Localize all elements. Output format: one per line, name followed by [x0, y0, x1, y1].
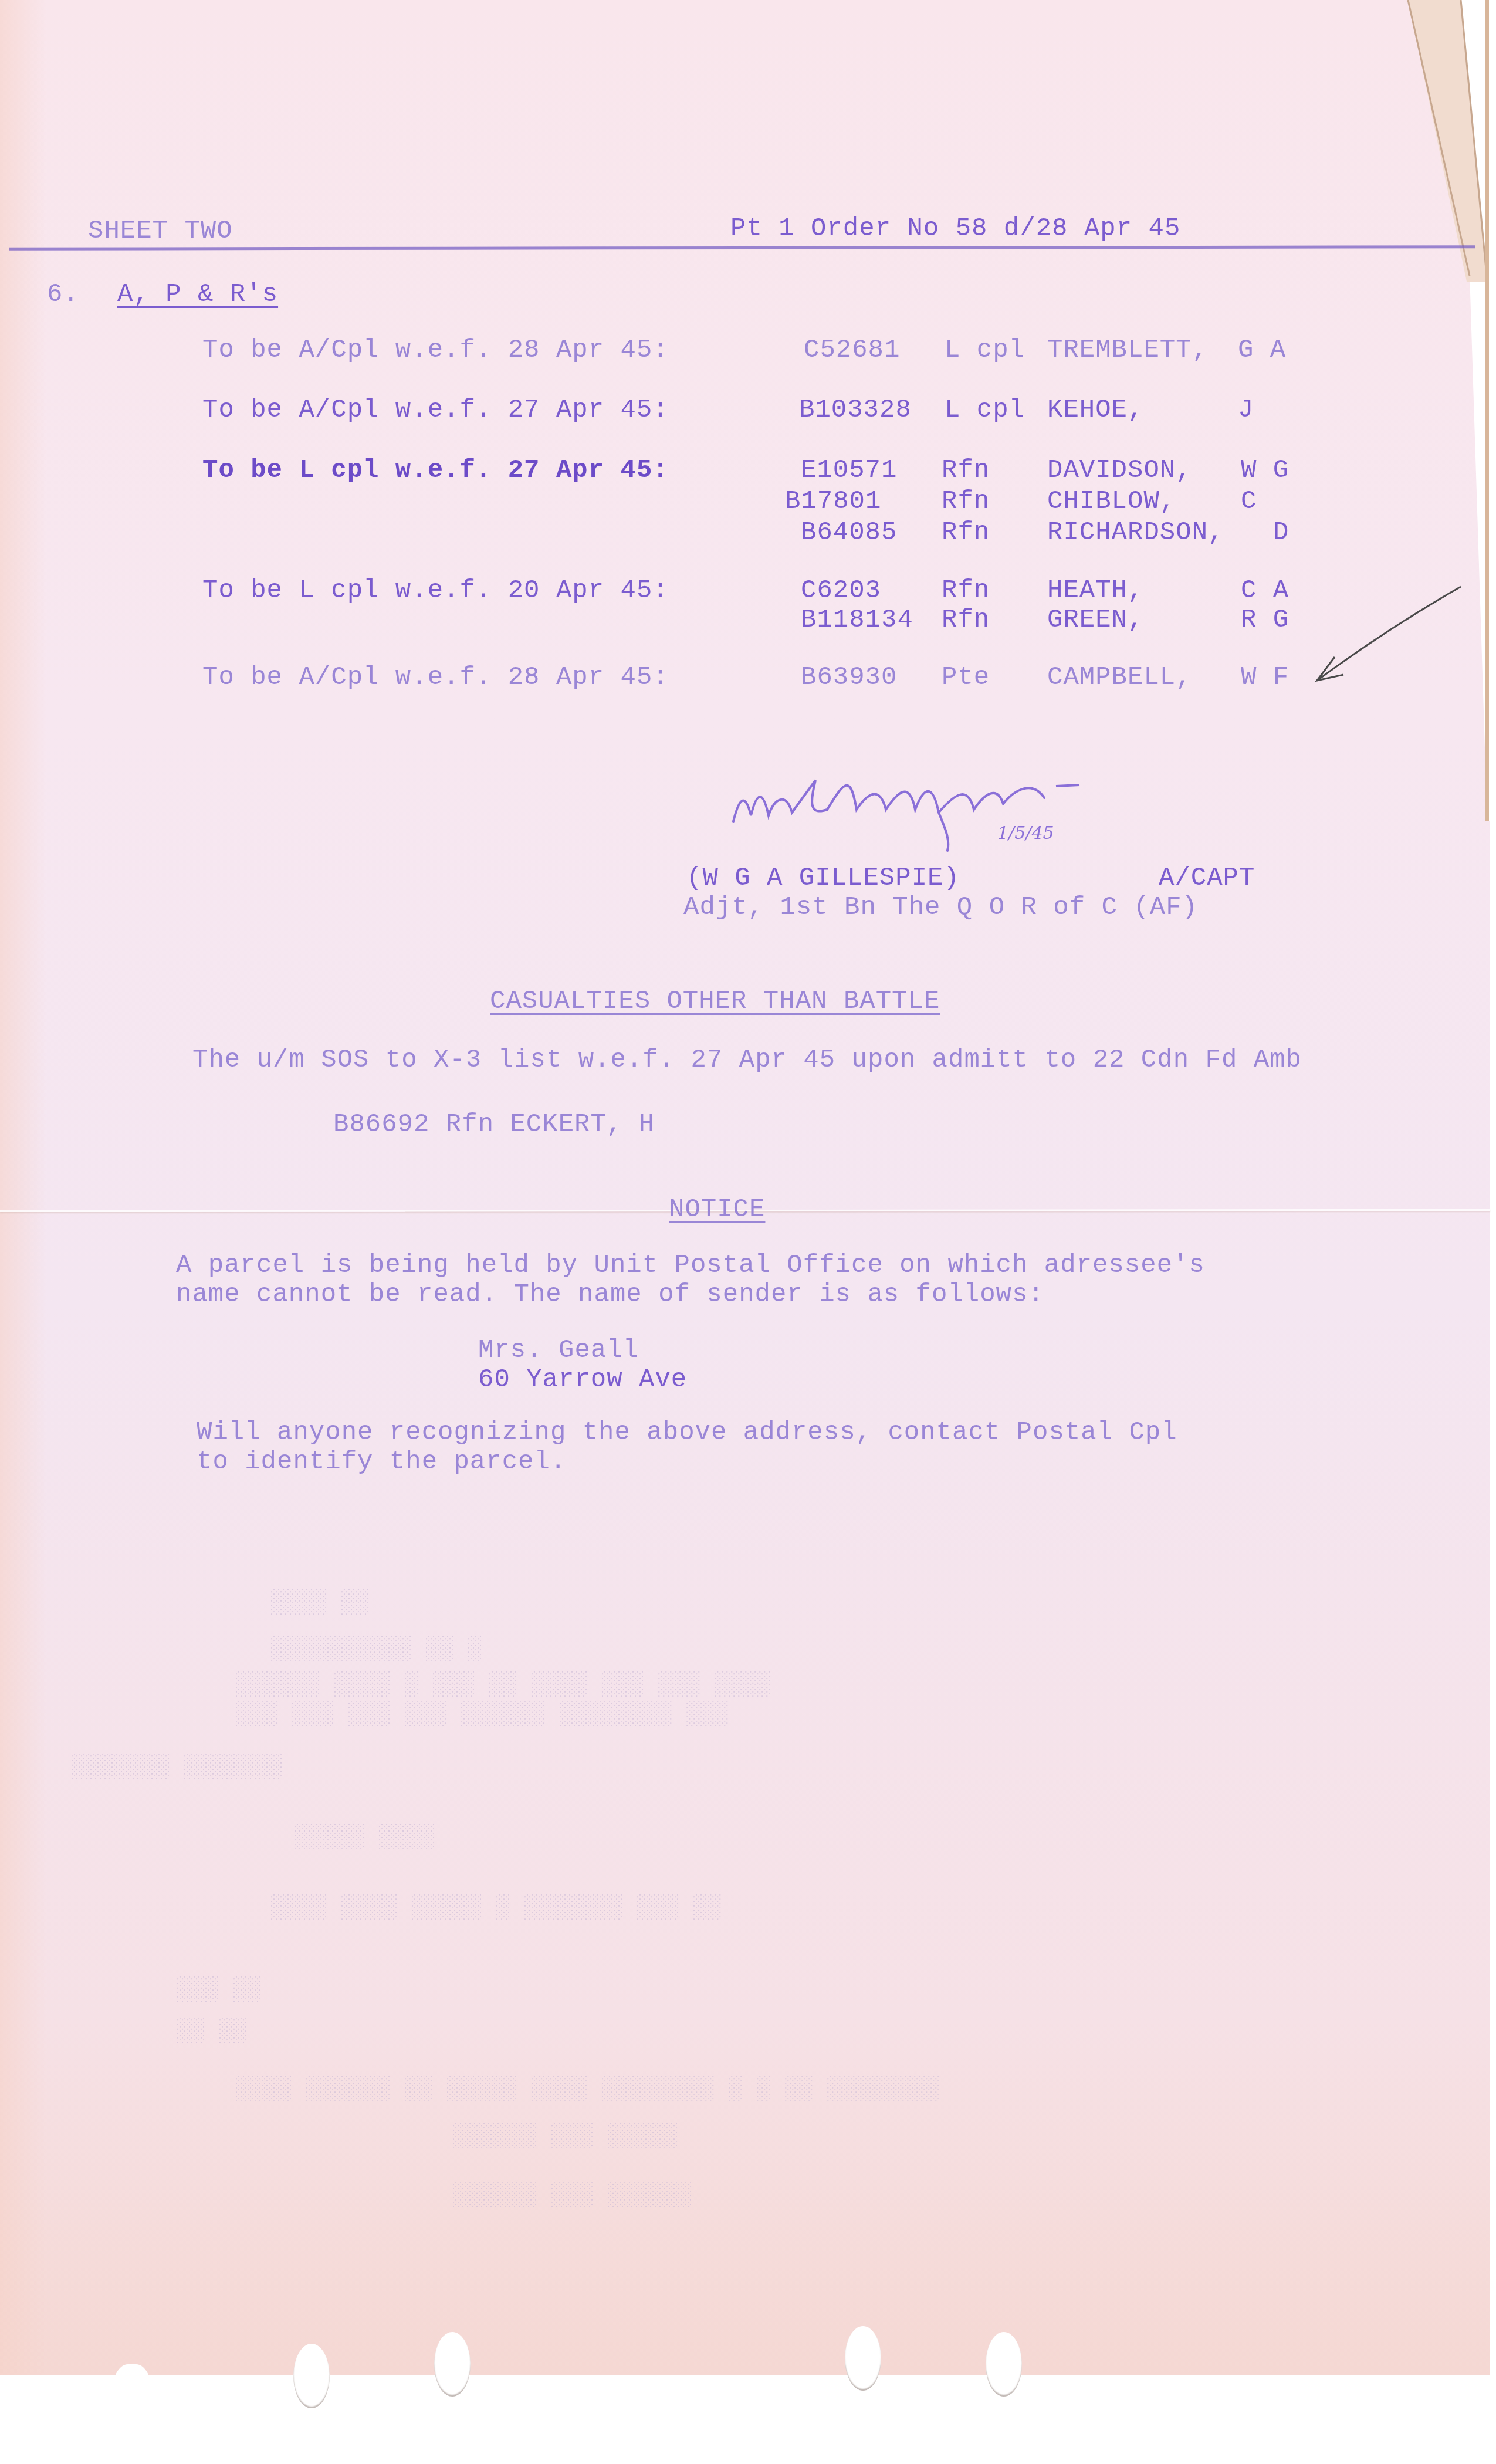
service-number: B118134 [801, 607, 913, 633]
rank: Rfn [942, 607, 990, 633]
promotion-action: To be A/Cpl w.e.f. 27 Apr 45: [202, 397, 669, 423]
showthrough-text: ░ ░░ ░░░░░░░░░░ [270, 1637, 481, 1663]
order-reference: Pt 1 Order No 58 d/28 Apr 45 [730, 216, 1180, 242]
service-number: B63930 [801, 665, 897, 691]
showthrough-text: ░░░░░░░░ ░░ ░ ░ ░░░░░░░░ ░░░░ ░░░░░ ░░ ░… [235, 2077, 939, 2103]
rank: L cpl [945, 397, 1025, 423]
rank: Rfn [942, 458, 990, 483]
service-number: B17801 [785, 489, 881, 515]
notice-body-line-2: name cannot be read. The name of sender … [176, 1282, 1044, 1308]
service-number: C52681 [804, 337, 900, 363]
paper-tear [111, 2364, 153, 2441]
surname: DAVIDSON, [1047, 458, 1192, 483]
paper-edge-stain [0, 0, 47, 2375]
service-number: C6203 [801, 578, 881, 604]
notice-closing-line-2: to identify the parcel. [197, 1449, 566, 1475]
initials: R G [1241, 607, 1289, 633]
binder-hole [293, 2344, 330, 2408]
surname: KEHOE, [1047, 397, 1143, 423]
showthrough-text: ░░░░░░ ░░░ ░░░░░░ [452, 2182, 691, 2209]
promotion-action: To be A/Cpl w.e.f. 28 Apr 45: [202, 665, 669, 691]
surname: RICHARDSON, [1047, 520, 1224, 546]
svg-text:1/5/45: 1/5/45 [997, 823, 1054, 844]
surname: HEATH, [1047, 578, 1143, 604]
casualties-heading: CASUALTIES OTHER THAN BATTLE [490, 989, 940, 1014]
sender-name: Mrs. Geall [478, 1338, 639, 1363]
header-rule [9, 245, 1475, 250]
notice-heading: NOTICE [669, 1197, 765, 1223]
surname: CHIBLOW, [1047, 489, 1176, 515]
notice-closing-line-1: Will anyone recognizing the above addres… [197, 1420, 1177, 1446]
casualties-statement: The u/m SOS to X-3 list w.e.f. 27 Apr 45… [192, 1047, 1302, 1073]
showthrough-text: ░░ ░░░ ░░░░░░░ ░ ░░░░░ ░░░░ ░░░░ [270, 1895, 720, 1921]
sender-address: 60 Yarrow Ave [478, 1367, 687, 1393]
document-page: SHEET TWO Pt 1 Order No 58 d/28 Apr 45 6… [0, 0, 1490, 2375]
pencil-arrow-mark [1302, 581, 1478, 686]
casualty-person: B86692 Rfn ECKERT, H [333, 1112, 655, 1138]
rank: Pte [942, 665, 990, 691]
promotion-action: To be A/Cpl w.e.f. 28 Apr 45: [202, 337, 669, 363]
sheet-label: SHEET TWO [88, 218, 233, 244]
binder-hole [986, 2332, 1022, 2397]
initials: J [1238, 397, 1254, 423]
initials: D [1273, 520, 1289, 546]
showthrough-text: ░░ ░░░░ [270, 1590, 368, 1616]
folded-corner [1373, 0, 1490, 821]
promotion-action: To be L cpl w.e.f. 20 Apr 45: [202, 578, 669, 604]
rank: L cpl [945, 337, 1025, 363]
binder-hole [434, 2332, 471, 2397]
notice-body-line-1: A parcel is being held by Unit Postal Of… [176, 1253, 1205, 1278]
initials: W G [1241, 458, 1289, 483]
initials: G A [1238, 337, 1286, 363]
initials: C A [1241, 578, 1289, 604]
section-title: A, P & R's [117, 282, 278, 307]
signatory-appointment: Adjt, 1st Bn The Q O R of C (AF) [683, 895, 1198, 920]
showthrough-text: ░░ ░░ [176, 2018, 246, 2045]
service-number: E10571 [801, 458, 897, 483]
showthrough-text: ░░░░░ ░░░ ░░░░░░ [452, 2124, 677, 2150]
surname: CAMPBELL, [1047, 665, 1192, 691]
showthrough-text: ░░ ░░░ [176, 1977, 260, 2003]
signatory-name: (W G A GILLESPIE) [686, 865, 960, 891]
surname: GREEN, [1047, 607, 1143, 633]
showthrough-text: ░░░ ░░░░░░░░ ░░░░░░ ░░░ ░░░ ░░░ ░░░ [235, 1701, 727, 1728]
service-number: B64085 [801, 520, 897, 546]
section-number: 6. [47, 282, 79, 307]
showthrough-text: ░░░░ ░░░ ░░░ ░░░░ ░░ ░░░ ░ ░░░░ ░░░░░░ [235, 1672, 770, 1698]
rank: Rfn [942, 578, 990, 604]
showthrough-text: ░░░░░░░ ░░░░░░░ [70, 1754, 282, 1781]
rank: Rfn [942, 520, 990, 546]
initials: W F [1241, 665, 1289, 691]
surname: TREMBLETT, [1047, 337, 1208, 363]
service-number: B103328 [799, 397, 912, 423]
promotion-action: To be L cpl w.e.f. 27 Apr 45: [202, 458, 669, 483]
showthrough-text: ░░░░ ░░░░░ [293, 1825, 434, 1851]
binder-hole [845, 2326, 881, 2391]
handwritten-signature: 1/5/45 [727, 757, 1173, 857]
signatory-rank: A/CAPT [1159, 865, 1255, 891]
rank: Rfn [942, 489, 990, 515]
initials: C [1241, 489, 1257, 515]
